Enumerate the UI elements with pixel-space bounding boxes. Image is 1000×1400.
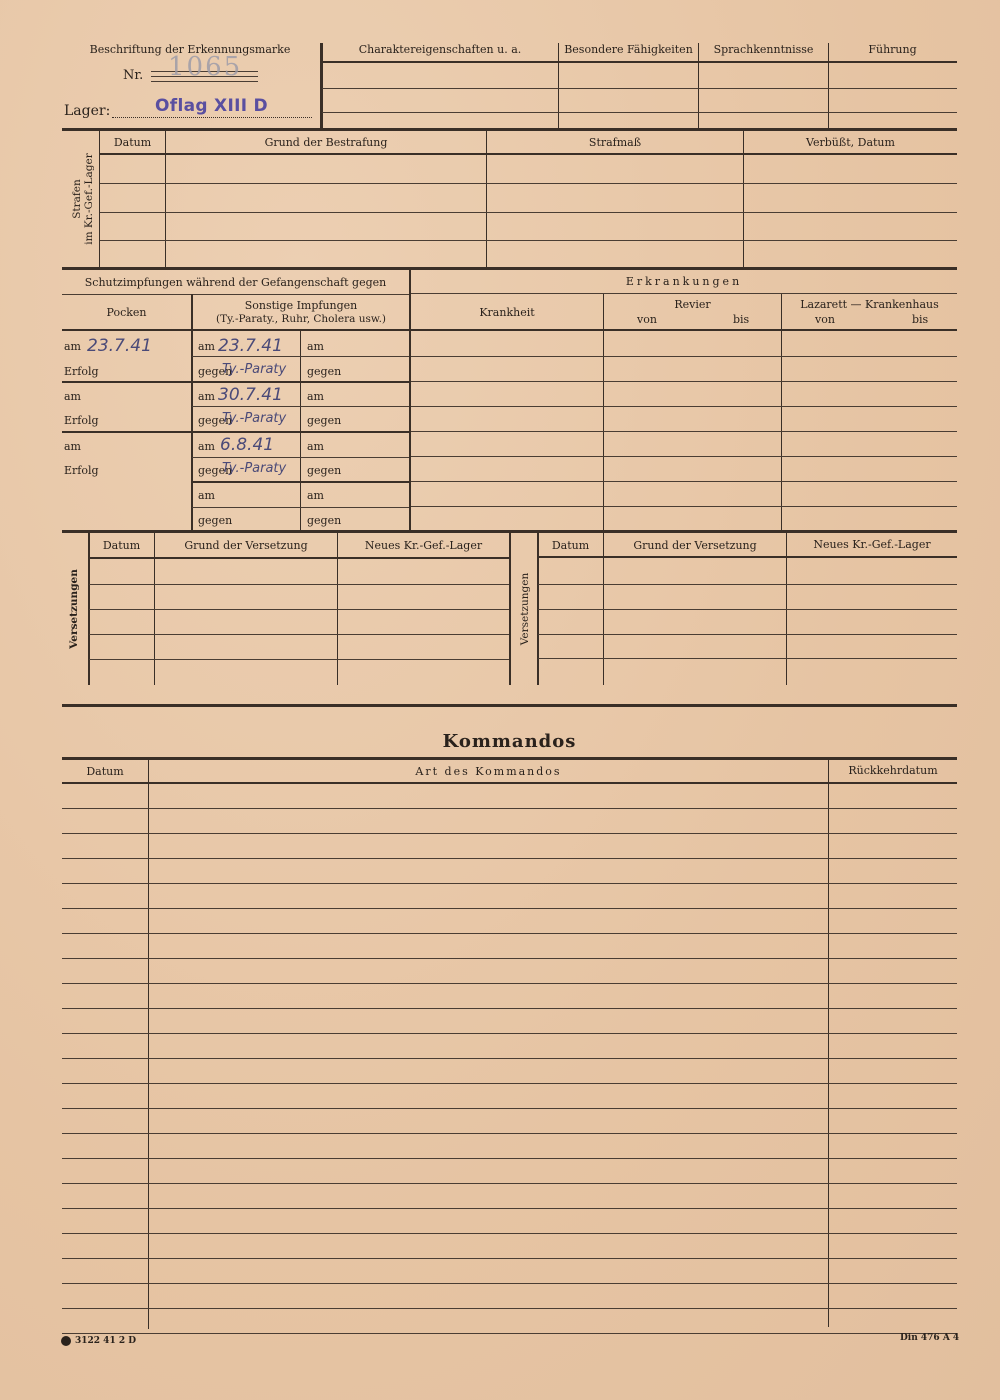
sonstige-am-label: am — [307, 390, 324, 403]
fold-border — [62, 704, 957, 707]
row-line — [322, 88, 957, 89]
col-pocken: Pocken — [62, 306, 191, 319]
sonstige-date[interactable]: 6.8.41 — [220, 435, 274, 455]
col-strafmass: Strafmaß — [487, 136, 743, 149]
sonstige-am-label: am — [198, 489, 215, 502]
lazarett-von: von — [815, 313, 835, 326]
col-datum-right: Datum — [538, 539, 603, 552]
col-datum-left: Datum — [89, 539, 154, 552]
col-krankheit: Krankheit — [411, 306, 603, 319]
row-line — [100, 153, 957, 155]
col-faehigkeiten: Besondere Fähigkeiten — [559, 43, 698, 56]
impfungen-title: Schutzimpfungen während der Gefangenscha… — [62, 276, 409, 289]
row-line — [411, 456, 957, 457]
kommando-row-line — [62, 1308, 957, 1309]
nr-value[interactable]: 1065 — [168, 52, 242, 82]
row-line — [538, 609, 957, 610]
pocken-am-label: am — [64, 440, 81, 453]
pocken-am-label: am — [64, 340, 81, 353]
divider — [148, 760, 149, 1329]
col-datum: Datum — [100, 136, 165, 149]
col-sprachen: Sprachkenntnisse — [699, 43, 828, 56]
sonstige-gegen-label: gegen — [307, 464, 341, 477]
sonstige-am-label: am — [307, 489, 324, 502]
kommando-row-line — [62, 1033, 957, 1034]
row-line — [192, 507, 409, 508]
col-datum: Datum — [62, 765, 148, 778]
col-grund-left: Grund der Versetzung — [155, 539, 337, 552]
kommando-row-line — [62, 1283, 957, 1284]
pocken-erfolg-label: Erfolg — [64, 464, 99, 477]
pocken-erfolg-label: Erfolg — [64, 365, 99, 378]
row-line — [62, 782, 957, 784]
kommando-row-line — [62, 858, 957, 859]
col-lager-left: Neues Kr.-Gef.-Lager — [338, 539, 509, 552]
row-line — [411, 406, 957, 407]
erkrankungen-title: Erkrankungen — [411, 275, 957, 288]
col-sonstige: Sonstige Impfungen — [193, 299, 409, 312]
pocken-am-label: am — [64, 390, 81, 403]
sonstige-gegen-label: gegen — [307, 414, 341, 427]
divider — [486, 131, 487, 268]
sonstige-gegen-value[interactable]: Ty.-Paraty — [222, 362, 286, 377]
divider — [165, 131, 166, 268]
kommando-row-line — [62, 1208, 957, 1209]
kommando-row-line — [62, 833, 957, 834]
col-sonstige-sub: (Ty.-Paraty., Ruhr, Cholera usw.) — [193, 313, 409, 325]
kommando-row-line — [62, 1108, 957, 1109]
sonstige-gegen-label: gegen — [307, 514, 341, 527]
lager-label: Lager: — [64, 103, 110, 119]
row-line — [100, 212, 957, 213]
row-line — [191, 481, 409, 483]
sonstige-date[interactable]: 23.7.41 — [218, 336, 283, 356]
sonstige-am-label: am — [307, 340, 324, 353]
row-line — [62, 329, 409, 331]
row-line — [192, 356, 409, 357]
sonstige-am-label: am — [307, 440, 324, 453]
kommando-row-line — [62, 883, 957, 884]
kommando-row-line — [62, 933, 957, 934]
row-line — [62, 381, 409, 383]
lager-stamp[interactable]: Oflag XIII D — [155, 96, 268, 116]
versetzungen-side-label-left: Versetzungen — [68, 559, 82, 659]
row-line — [411, 329, 957, 331]
col-verbuesst: Verbüßt, Datum — [744, 136, 957, 149]
section-border — [62, 267, 957, 270]
side-label-line: im Kr.-Gef.-Lager — [83, 134, 95, 264]
kommando-row-line — [62, 1008, 957, 1009]
kommando-row-line — [62, 983, 957, 984]
kommando-row-line — [62, 1258, 957, 1259]
kommando-row-line — [62, 1158, 957, 1159]
row-line — [89, 634, 509, 635]
row-line — [538, 584, 957, 585]
kommando-row-line — [62, 1183, 957, 1184]
sonstige-gegen-value[interactable]: Ty.-Paraty — [222, 461, 286, 476]
divider — [509, 533, 511, 685]
col-charakter: Charaktereigenschaften u. a. — [322, 43, 558, 56]
col-lazarett: Lazarett — Krankenhaus — [782, 298, 957, 311]
col-grund-right: Grund der Versetzung — [604, 539, 786, 552]
row-line — [192, 406, 409, 407]
row-line — [411, 356, 957, 357]
revier-bis: bis — [733, 313, 749, 326]
divider — [743, 131, 744, 268]
sonstige-am-label: am — [198, 340, 215, 353]
row-line — [89, 609, 509, 610]
row-line — [538, 634, 957, 635]
row-line — [411, 381, 957, 382]
row-line — [100, 240, 957, 241]
kommando-row-line — [62, 808, 957, 809]
row-line — [411, 506, 957, 507]
divider — [828, 760, 829, 1327]
row-line — [322, 112, 957, 113]
kommando-row-line — [62, 1133, 957, 1134]
kommando-row-line — [62, 1058, 957, 1059]
row-line — [411, 431, 957, 432]
strafen-side-label: Strafen im Kr.-Gef.-Lager — [71, 134, 99, 264]
kommando-row-line — [62, 1333, 957, 1334]
row-line — [538, 658, 957, 659]
sonstige-am-label: am — [198, 440, 215, 453]
row-line — [89, 659, 509, 660]
row-line — [62, 294, 409, 295]
section-border — [62, 128, 957, 131]
sonstige-gegen-value[interactable]: Ty.-Paraty — [222, 411, 286, 426]
lager-field-line — [112, 117, 312, 118]
kommando-row-line — [62, 908, 957, 909]
sonstige-date[interactable]: 30.7.41 — [218, 385, 283, 405]
col-rueckkehr: Rückkehrdatum — [829, 764, 957, 777]
print-code: 3122 41 2 D — [75, 1336, 136, 1346]
col-lager-right: Neues Kr.-Gef.-Lager — [787, 538, 957, 551]
row-line — [89, 557, 509, 559]
print-mark-icon — [61, 1336, 71, 1346]
row-line — [538, 556, 957, 558]
col-fuehrung: Führung — [829, 43, 956, 56]
section-border — [62, 757, 957, 760]
col-art: Art des Kommandos — [149, 765, 828, 778]
sonstige-am-label: am — [198, 390, 215, 403]
nr-label: Nr. — [123, 68, 143, 83]
lazarett-bis: bis — [912, 313, 928, 326]
pocken-date[interactable]: 23.7.41 — [87, 336, 152, 356]
row-line — [411, 481, 957, 482]
row-line — [411, 293, 957, 294]
row-line — [322, 61, 957, 63]
side-label-line: Strafen — [71, 134, 83, 264]
kommandos-title: Kommandos — [62, 731, 957, 752]
kommando-row-line — [62, 1233, 957, 1234]
row-line — [89, 584, 509, 585]
sonstige-gegen-label: gegen — [307, 365, 341, 378]
divider — [99, 131, 100, 268]
versetzungen-side-label-right: Versetzungen — [519, 559, 533, 659]
kommando-row-line — [62, 1083, 957, 1084]
revier-von: von — [637, 313, 657, 326]
col-revier: Revier — [604, 298, 781, 311]
kommando-row-line — [62, 958, 957, 959]
row-line — [192, 457, 409, 458]
pocken-erfolg-label: Erfolg — [64, 414, 99, 427]
sonstige-gegen-label: gegen — [198, 514, 232, 527]
row-line — [62, 431, 409, 433]
col-grund: Grund der Bestrafung — [166, 136, 486, 149]
din-label: Din 476 A 4 — [900, 1333, 959, 1343]
row-line — [100, 183, 957, 184]
